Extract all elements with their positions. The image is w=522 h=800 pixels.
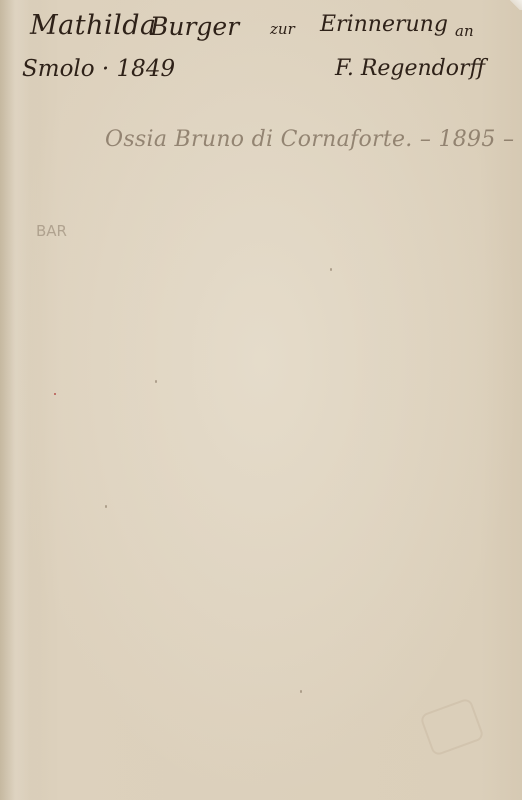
- manuscript-page: Mathilda Burger zur Erinnerung an Smolo …: [0, 0, 522, 800]
- margin-note: BAR: [36, 222, 67, 240]
- inscription-place-date: Smolo · 1849: [22, 56, 175, 82]
- torn-corner: [508, 0, 522, 10]
- paper-speck: [155, 380, 157, 383]
- inscription-word-zur: zur: [270, 20, 295, 38]
- paper-speck: [300, 690, 302, 693]
- paper-speck: [330, 268, 332, 271]
- pencil-note: Ossia Bruno di Cornaforte. – 1895 –: [105, 127, 514, 152]
- paper-speck-red: [54, 393, 56, 395]
- binding-edge-shadow: [0, 0, 40, 800]
- library-stamp: [419, 697, 485, 757]
- inscription-name-last: Burger: [150, 12, 239, 41]
- inscription-name-first: Mathilda: [30, 10, 157, 41]
- paper-speck: [105, 505, 107, 508]
- inscription-word-an: an: [455, 22, 474, 40]
- inscription-word-erinnerung: Erinnerung: [320, 12, 448, 37]
- inscription-signature: F. Regendorff: [335, 56, 485, 81]
